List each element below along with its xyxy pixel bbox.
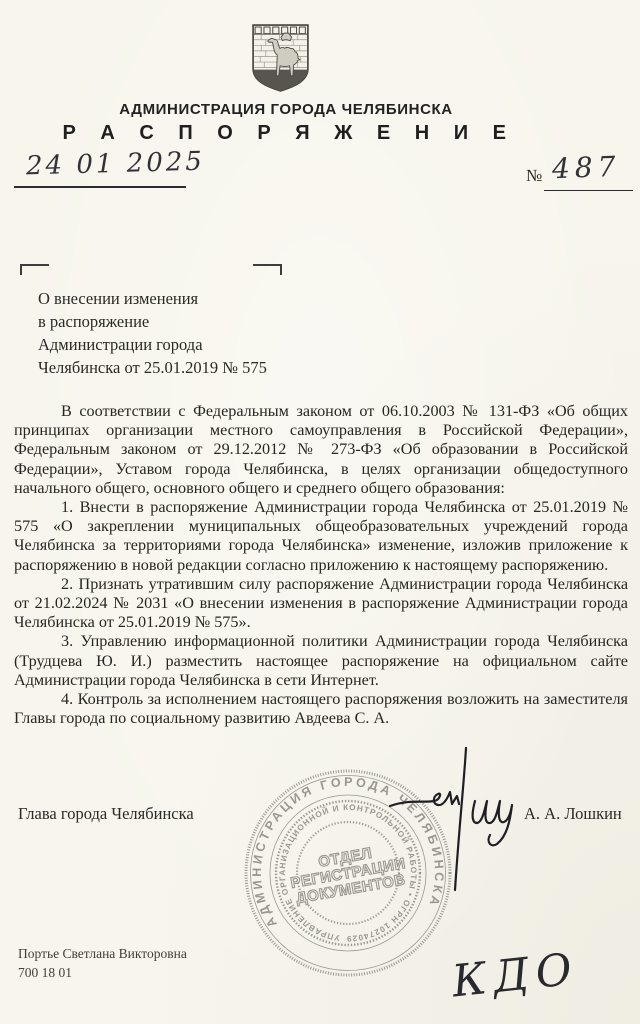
- chelyabinsk-coat-of-arms-icon: [252, 24, 309, 92]
- document-body: В соответствии с Федеральным законом от …: [14, 402, 628, 728]
- body-paragraph: 4. Контроль за исполнением настоящего ра…: [14, 690, 628, 728]
- number-sign: №: [526, 166, 542, 186]
- handwritten-kdo-mark: КДО: [450, 944, 582, 1008]
- executor-phone: 700 18 01: [18, 965, 72, 981]
- corner-mark-right: [253, 264, 282, 275]
- ground-field: [253, 69, 308, 91]
- executor-name: Портье Светлана Викторовна: [18, 946, 187, 962]
- scanned-document-page: АДМИНИСТРАЦИЯ ГОРОДА ЧЕЛЯБИНСКА Р А С П …: [0, 0, 640, 1024]
- signer-title: Глава города Челябинска: [18, 804, 194, 824]
- signature-stroke: [382, 738, 542, 903]
- body-paragraph: 2. Признать утратившим силу распоряжение…: [14, 575, 628, 633]
- number-handwritten: 487: [551, 150, 621, 185]
- corner-mark-left: [20, 264, 49, 275]
- date-handwritten: 24 01 2025: [26, 147, 206, 182]
- doc-type-title: Р А С П О Р Я Ж Е Н И Е: [0, 122, 578, 145]
- number-underline: [544, 190, 633, 191]
- subject-block: О внесении изменения в распоряжение Адми…: [38, 287, 308, 379]
- date-underline: [14, 186, 186, 188]
- body-paragraph: 3. Управлению информационной политики Ад…: [14, 632, 628, 690]
- org-name: АДМИНИСТРАЦИЯ ГОРОДА ЧЕЛЯБИНСКА: [0, 101, 572, 118]
- body-paragraph: В соответствии с Федеральным законом от …: [14, 402, 628, 498]
- body-paragraph: 1. Внести в распоряжение Администрации г…: [14, 498, 628, 575]
